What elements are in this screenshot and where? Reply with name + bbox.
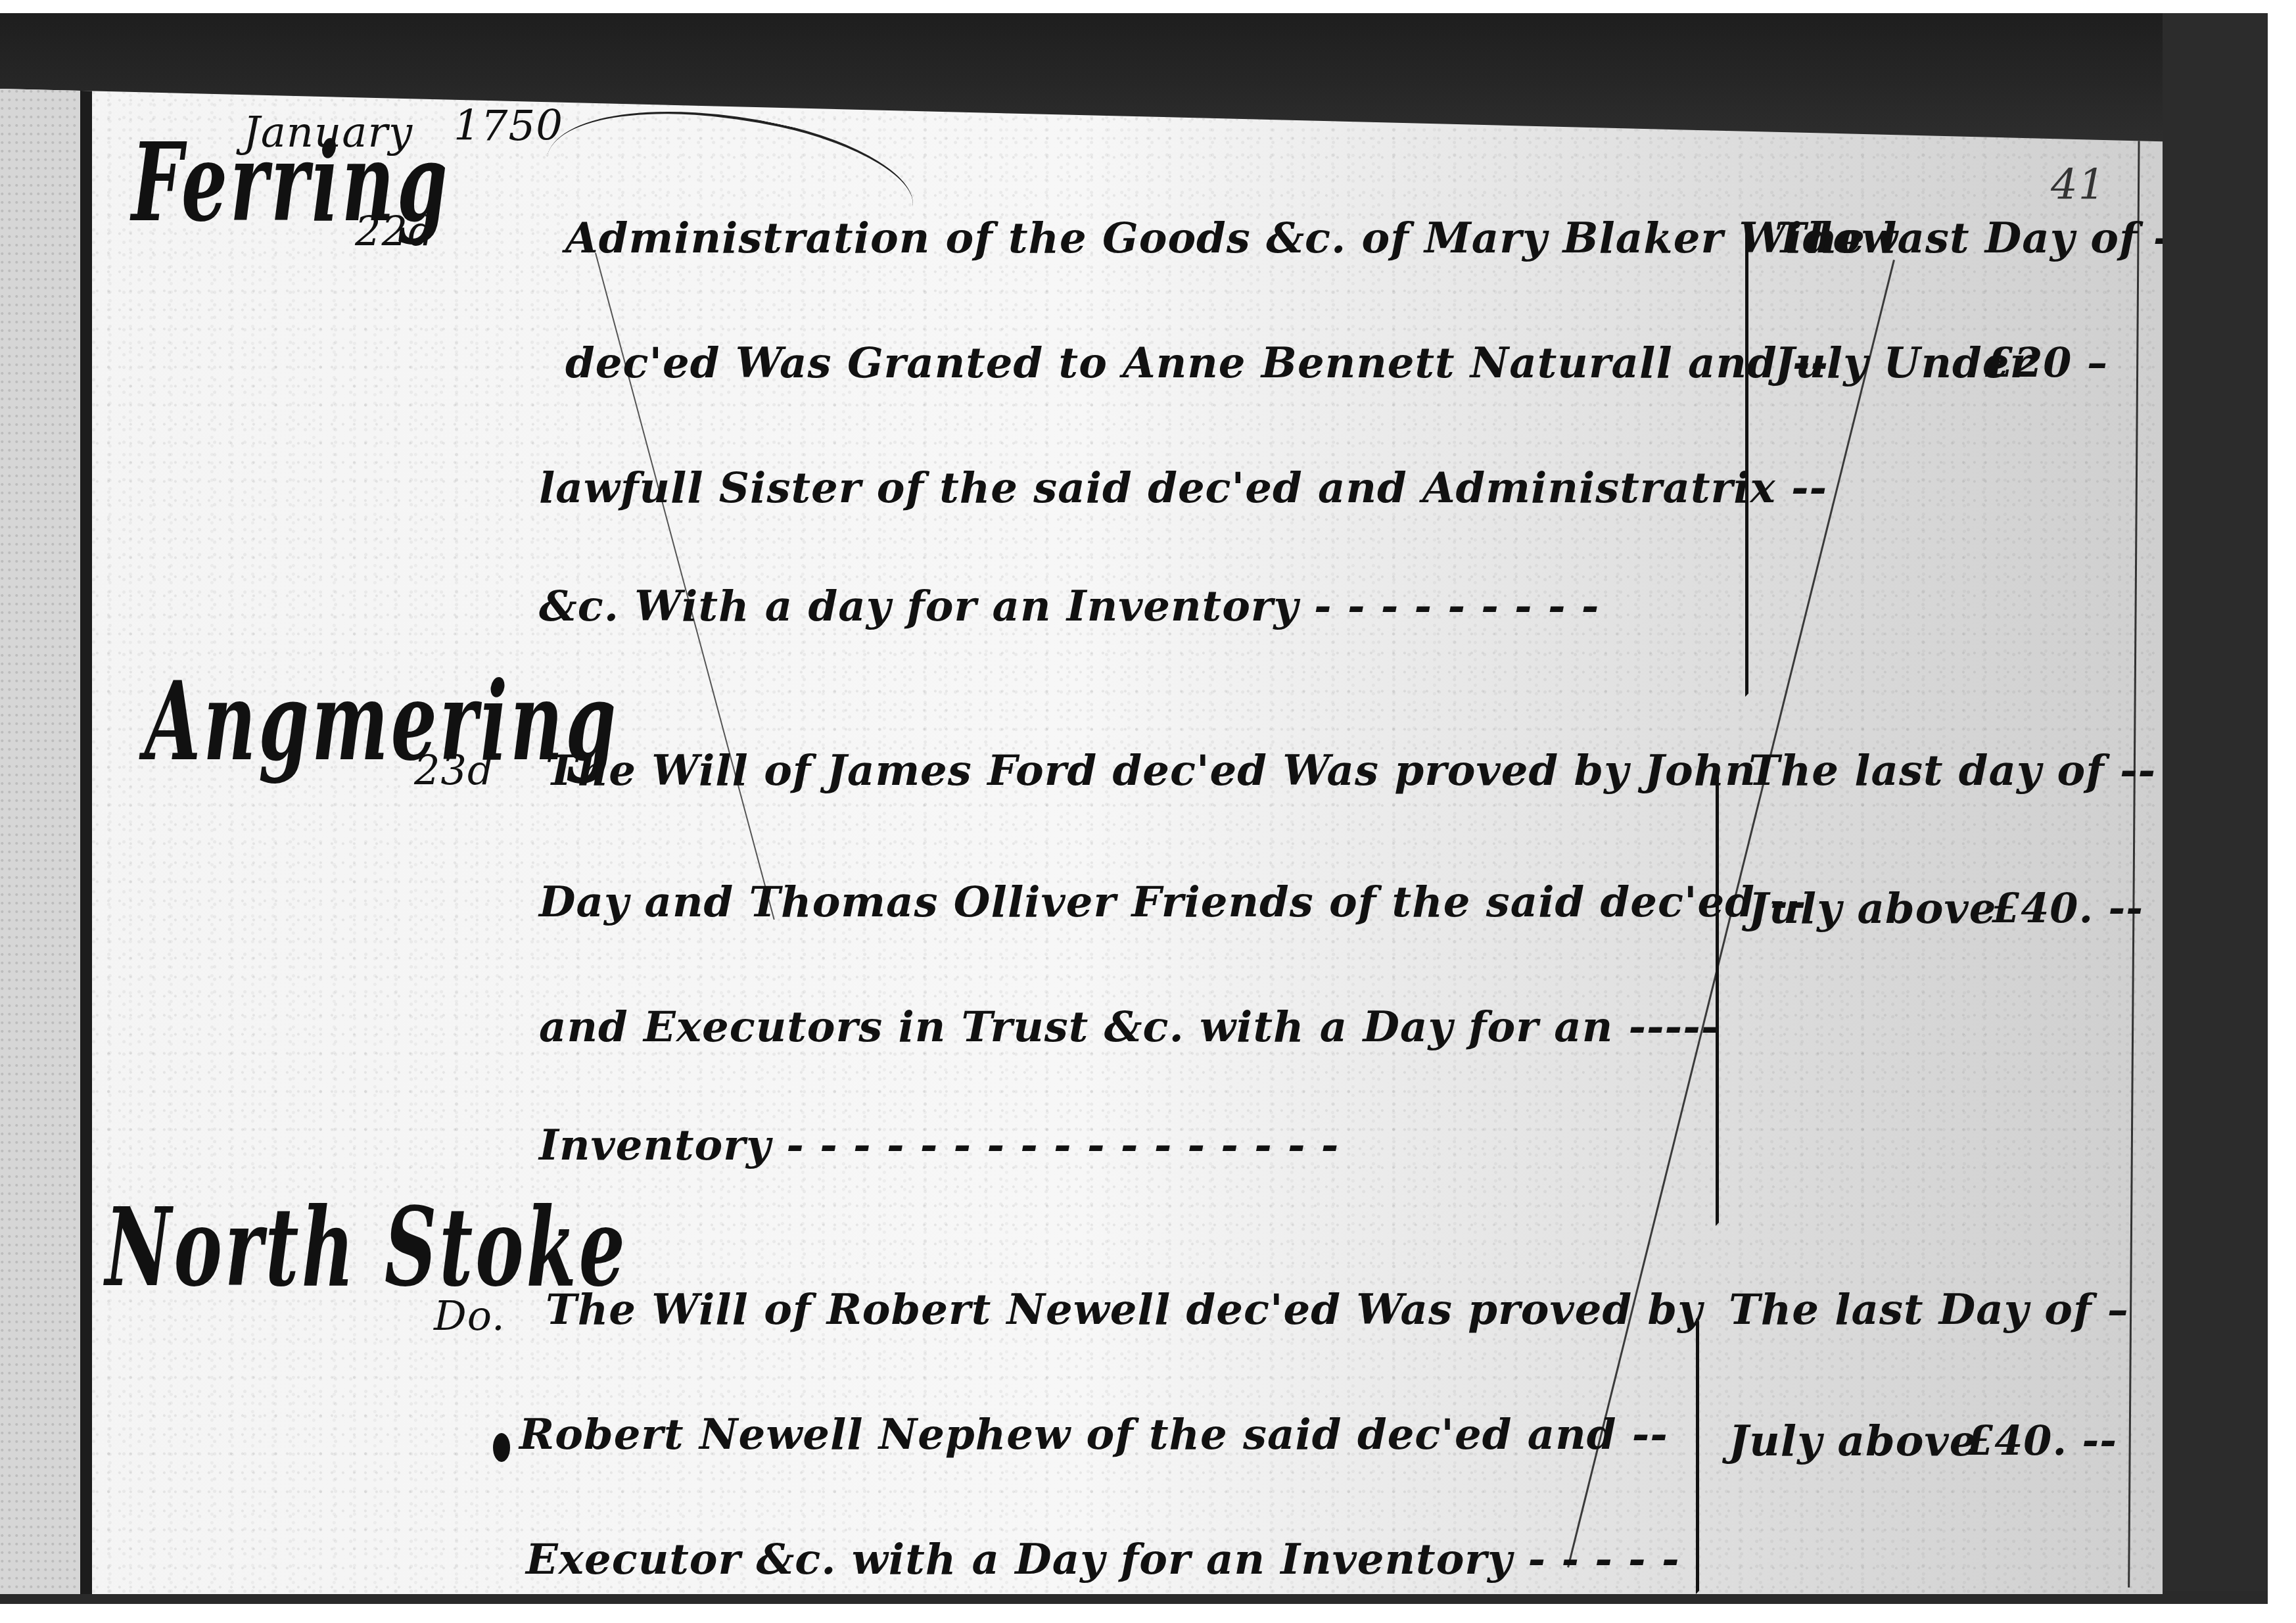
ink-blot	[493, 1433, 510, 1462]
entry-date: 22d	[355, 207, 435, 255]
binding-gutter	[80, 89, 92, 1594]
entry-bracket	[1716, 772, 1725, 1226]
entry-line: The Will of Robert Newell dec'ed Was pro…	[546, 1285, 1702, 1334]
right-column-line: The last day of --	[1748, 746, 2156, 795]
entry-line: dec'ed Was Granted to Anne Bennett Natur…	[565, 339, 1829, 388]
entry-date: 23d	[414, 746, 494, 794]
entry-date: Do.	[434, 1292, 505, 1340]
right-column-line: The last Day of –	[1729, 1285, 2129, 1334]
right-column-amount: £40. --	[1965, 1417, 2117, 1465]
entry-line: The Will of James Ford dec'ed Was proved…	[546, 746, 1756, 795]
right-column-line: July above	[1729, 1417, 1977, 1466]
entry-line: Day and Thomas Olliver Friends of the sa…	[539, 878, 1806, 927]
header-year: 1750	[454, 102, 563, 151]
right-margin-rule	[2128, 115, 2140, 1588]
right-column-line: The last Day of ---	[1775, 214, 2207, 263]
entry-line: Executor &c. with a Day for an Inventory…	[526, 1535, 1679, 1584]
entry-line: Robert Newell Nephew of the said dec'ed …	[519, 1410, 1668, 1459]
entry-line: Inventory - - - - - - - - - - - - - - - …	[539, 1121, 1339, 1170]
scan-background-right	[2163, 13, 2268, 1591]
facing-page-edge	[0, 89, 85, 1594]
entry-bracket	[1696, 1318, 1706, 1594]
right-column-line: July above	[1748, 884, 1996, 933]
right-column-amount: £40. --	[1992, 884, 2144, 932]
entry-line: and Executors in Trust &c. with a Day fo…	[539, 1002, 1719, 1052]
entry-line: &c. With a day for an Inventory - - - - …	[539, 582, 1599, 631]
page-number: 41	[2051, 161, 2105, 210]
scanned-page: January 1750 41 Ferring 22d Administrati…	[0, 13, 2268, 1604]
entry-line: lawfull Sister of the said dec'ed and Ad…	[539, 463, 1827, 513]
manuscript-page: January 1750 41 Ferring 22d Administrati…	[0, 89, 2163, 1594]
right-column-amount: £20 –	[1985, 339, 2108, 387]
entry-bracket	[1745, 230, 1755, 697]
entry-line: Administration of the Goods &c. of Mary …	[565, 214, 1898, 263]
